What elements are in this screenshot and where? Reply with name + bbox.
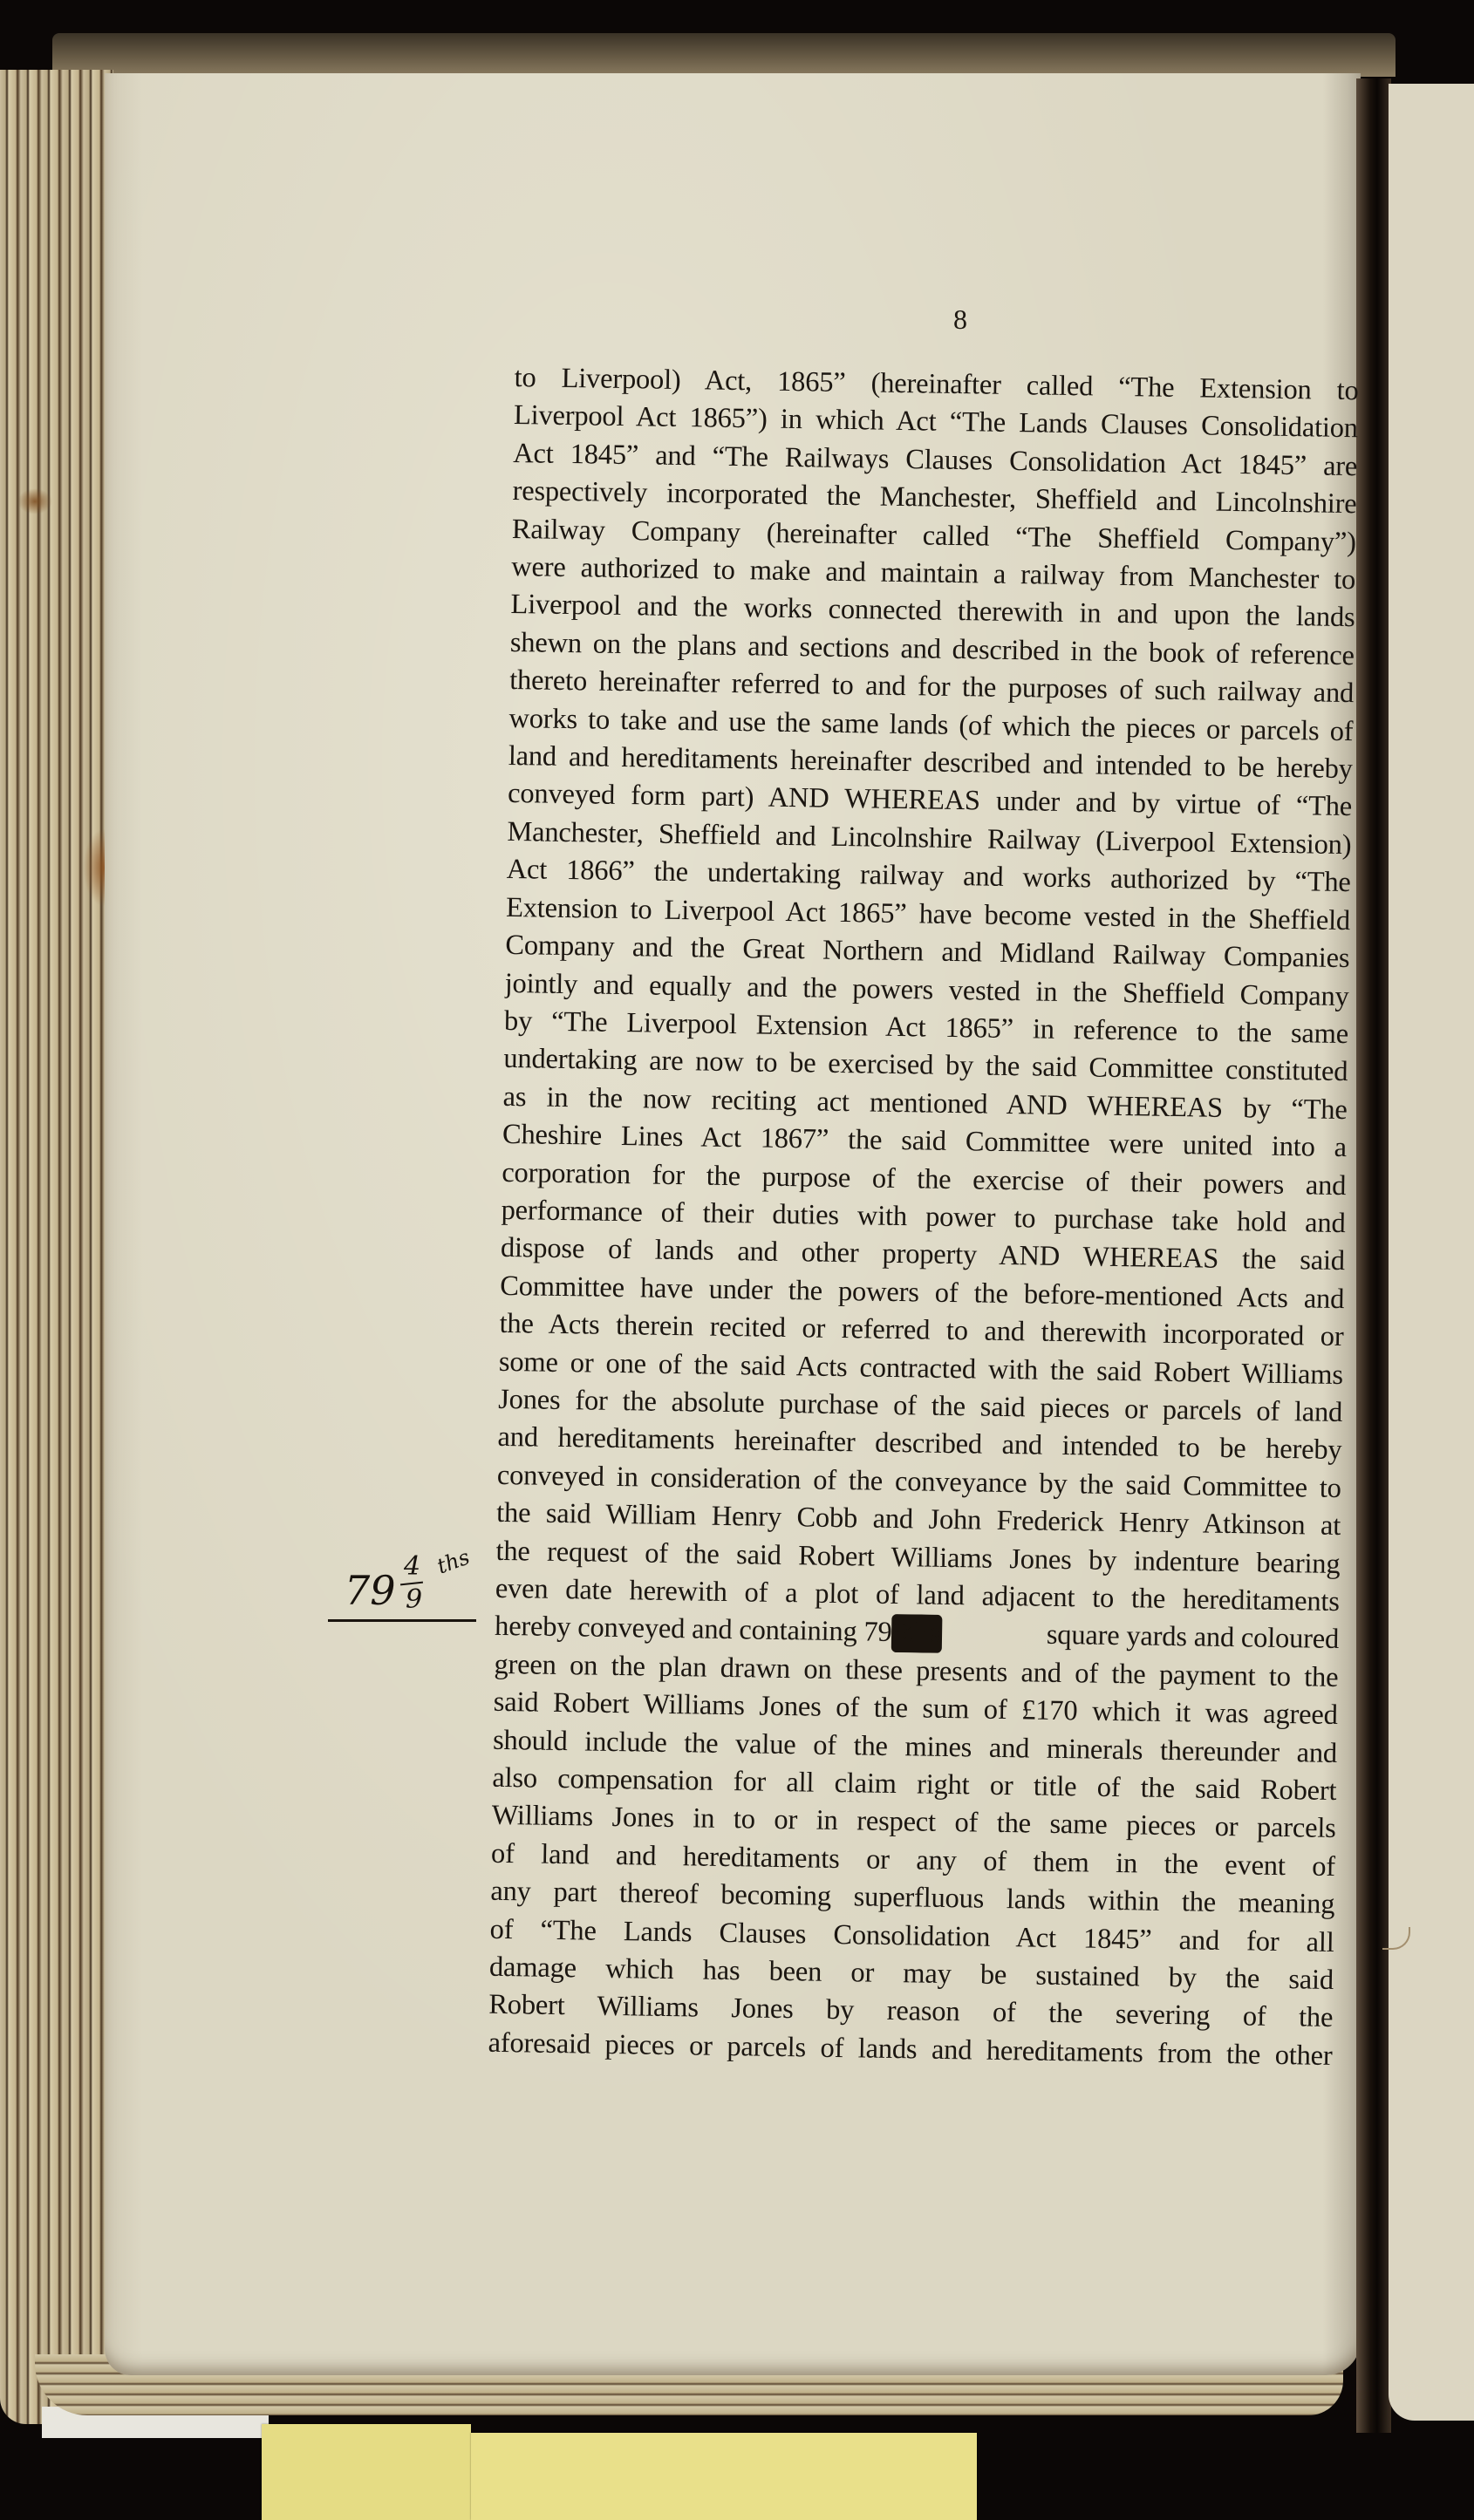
kept-figure: 79 (863, 1617, 892, 1648)
text-segment: hereby conveyed and containing (495, 1611, 864, 1648)
margin-note-underline (328, 1619, 476, 1622)
text-segment: square yards and coloured (1047, 1617, 1340, 1659)
margin-note-denominator: 9 (406, 1584, 422, 1615)
rust-stain (17, 488, 52, 514)
sticky-note (471, 2433, 977, 2520)
handwritten-correction: 799ths4⁄ (863, 1614, 942, 1653)
book-top-edge (52, 33, 1396, 77)
document-body: to Liverpool) Act, 1865” (hereinafter ca… (488, 359, 1359, 2075)
page-number: 8 (953, 303, 967, 336)
stacked-page-edges (0, 70, 113, 2424)
margin-note-whole: 79 (345, 1567, 396, 1614)
book-gutter (1356, 78, 1391, 2433)
facing-page-edge (1389, 84, 1474, 2421)
sticky-note (262, 2424, 471, 2520)
handwritten-margin-note: 79 4 9 ths (345, 1556, 475, 1626)
margin-note-numerator: 4 (404, 1551, 420, 1582)
